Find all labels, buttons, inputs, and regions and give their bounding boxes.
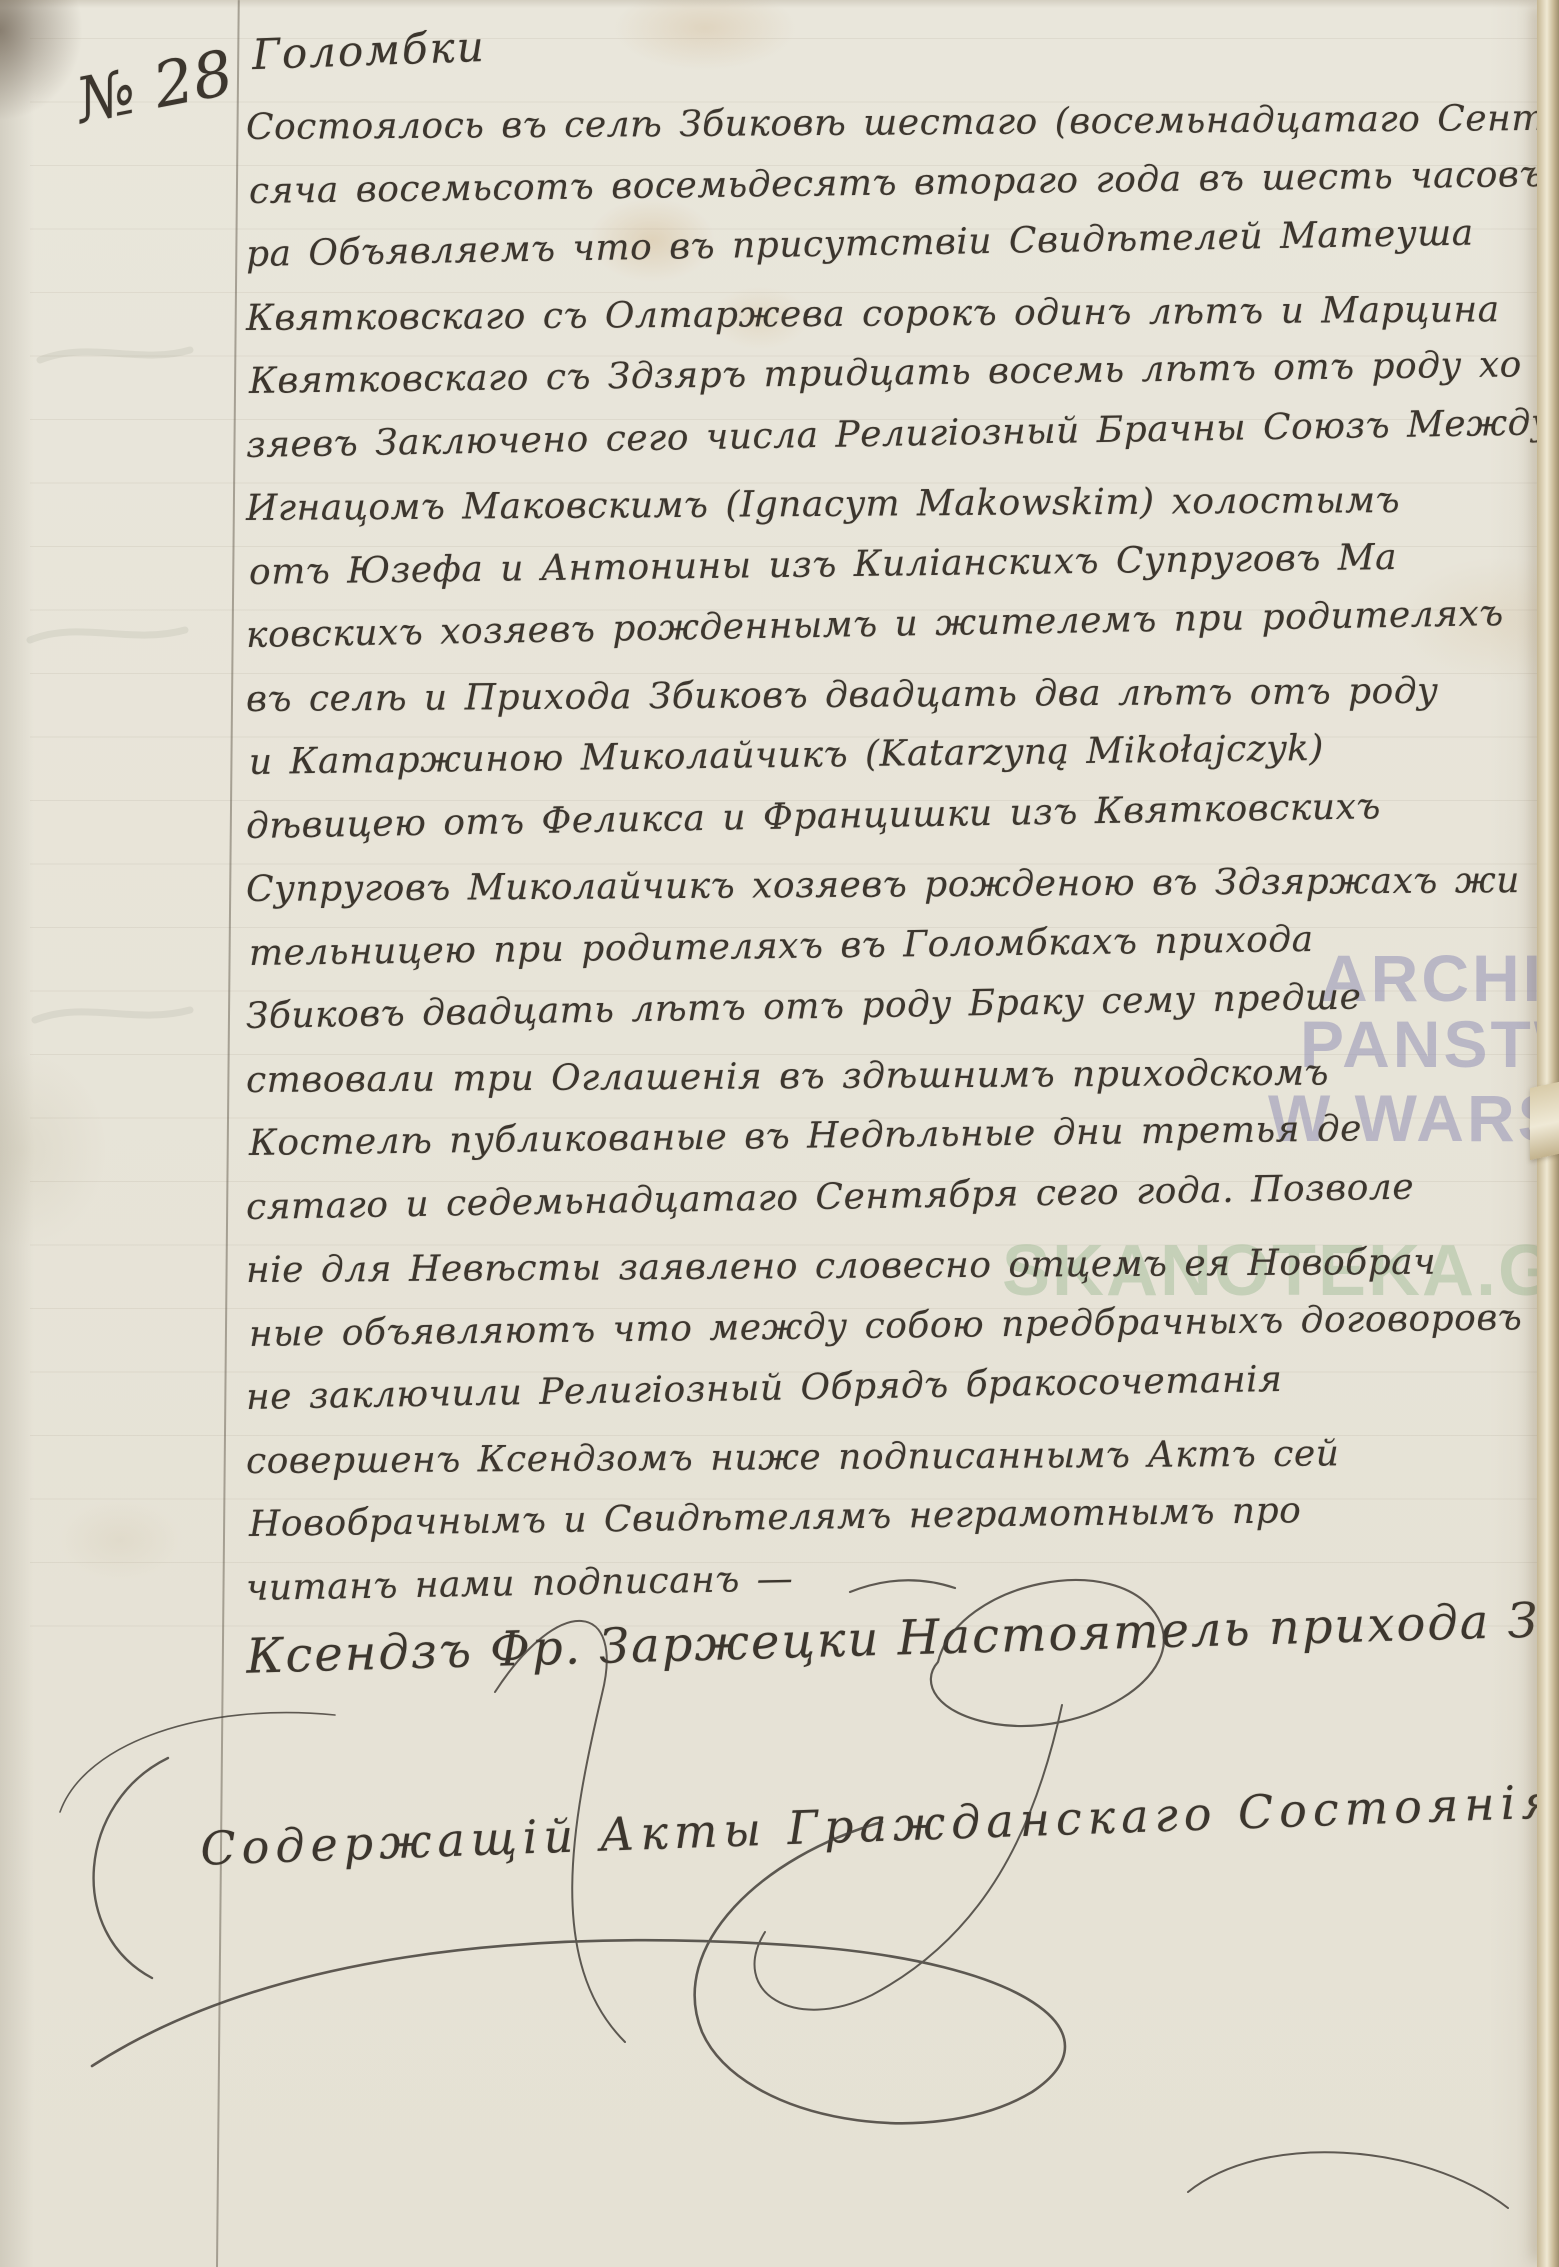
manuscript-body: Состоялось въ селѣ Збиковѣ шестаго (восе…: [246, 96, 1551, 1620]
record-heading: Голомбки: [251, 22, 486, 79]
page-edge-fold: [1530, 1082, 1559, 1160]
registrar-signature: Содержащій Акты Гражданскаго Состоянія: [199, 1774, 1558, 1875]
scanned-manuscript-page: ARCHIW PANSTW W WARSZ SKANOTEKA.GEN № 28…: [0, 0, 1559, 2267]
